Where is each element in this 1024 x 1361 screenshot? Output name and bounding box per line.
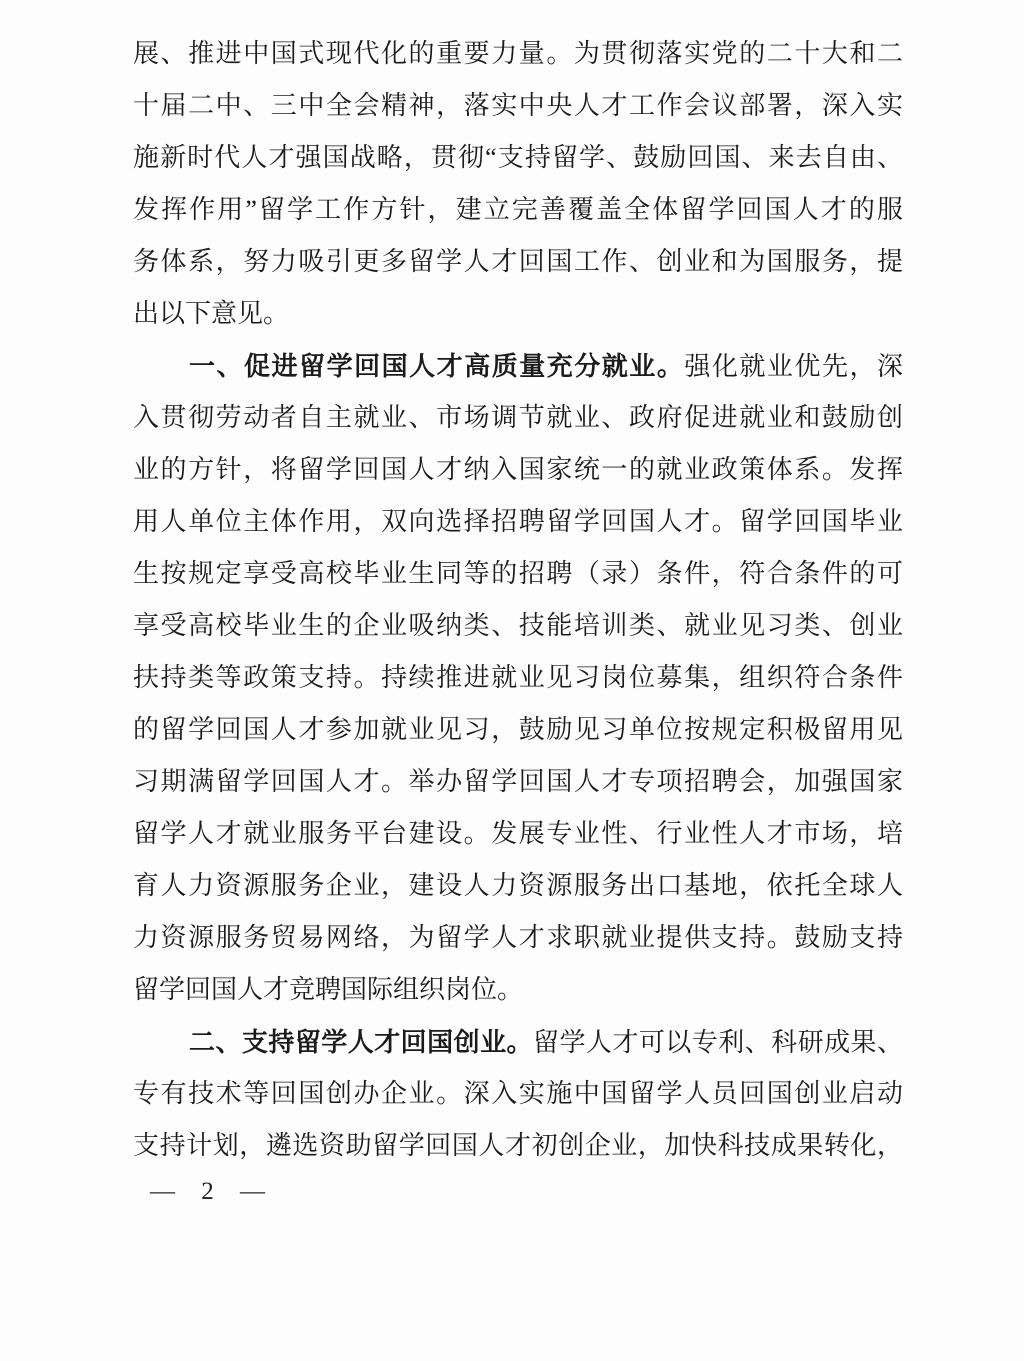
text-line: 入贯彻劳动者自主就业、市场调节就业、政府促进就业和鼓励创	[133, 392, 903, 444]
line-text: 展、推进中国式现代化的重要力量。为贯彻落实党的二十大和二	[133, 39, 903, 68]
line-text: 力资源服务贸易网络，为留学人才求职就业提供支持。鼓励支持	[133, 923, 903, 952]
line-text: 支持计划，遴选资助留学回国人才初创企业，加快科技成果转化，	[133, 1131, 903, 1160]
line-text: 专有技术等回国创办企业。深入实施中国留学人员回国创业启动	[133, 1079, 903, 1108]
line-text: 留学人才就业服务平台建设。发展专业性、行业性人才市场，培	[133, 819, 903, 848]
section-heading: 二、支持留学人才回国创业。	[189, 1027, 533, 1057]
text-line: 专有技术等回国创办企业。深入实施中国留学人员回国创业启动	[133, 1068, 903, 1120]
text-line: 发挥作用”留学工作方针，建立完善覆盖全体留学回国人才的服	[133, 184, 903, 236]
page-footer: — 2 —	[150, 1178, 275, 1206]
line-text: 务体系，努力吸引更多留学人才回国工作、创业和为国服务，提	[133, 247, 903, 276]
text-line: 扶持类等政策支持。持续推进就业见习岗位募集，组织符合条件	[133, 652, 903, 704]
text-line: 展、推进中国式现代化的重要力量。为贯彻落实党的二十大和二	[133, 28, 903, 80]
text-line: 的留学回国人才参加就业见习，鼓励见习单位按规定积极留用见	[133, 704, 903, 756]
text-line: 业的方针，将留学回国人才纳入国家统一的就业政策体系。发挥	[133, 444, 903, 496]
text-line: 支持计划，遴选资助留学回国人才初创企业，加快科技成果转化，	[133, 1120, 903, 1172]
text-line: 务体系，努力吸引更多留学人才回国工作、创业和为国服务，提	[133, 236, 903, 288]
line-text: 享受高校毕业生的企业吸纳类、技能培训类、就业见习类、创业	[133, 611, 903, 640]
text-line: 生按规定享受高校毕业生同等的招聘（录）条件，符合条件的可	[133, 548, 903, 600]
text-line: 留学人才就业服务平台建设。发展专业性、行业性人才市场，培	[133, 808, 903, 860]
line-text: 留学人才可以专利、科研成果、	[533, 1028, 903, 1057]
line-text: 生按规定享受高校毕业生同等的招聘（录）条件，符合条件的可	[133, 559, 903, 588]
text-line: 育人力资源服务企业，建设人力资源服务出口基地，依托全球人	[133, 860, 903, 912]
page-number: — 2 —	[150, 1178, 275, 1205]
text-line: 力资源服务贸易网络，为留学人才求职就业提供支持。鼓励支持	[133, 912, 903, 964]
document-page: 展、推进中国式现代化的重要力量。为贯彻落实党的二十大和二十届二中、三中全会精神，…	[0, 0, 1024, 1361]
text-line: 用人单位主体作用，双向选择招聘留学回国人才。留学回国毕业	[133, 496, 903, 548]
text-line: 施新时代人才强国战略，贯彻“支持留学、鼓励回国、来去自由、	[133, 132, 903, 184]
section-heading: 一、促进留学回国人才高质量充分就业。	[189, 351, 684, 381]
line-text: 业的方针，将留学回国人才纳入国家统一的就业政策体系。发挥	[133, 455, 903, 484]
text-line: 留学回国人才竞聘国际组织岗位。	[133, 964, 903, 1016]
line-text: 用人单位主体作用，双向选择招聘留学回国人才。留学回国毕业	[133, 507, 903, 536]
document-body: 展、推进中国式现代化的重要力量。为贯彻落实党的二十大和二十届二中、三中全会精神，…	[133, 28, 903, 1172]
line-text: 出以下意见。	[133, 299, 289, 328]
line-text: 扶持类等政策支持。持续推进就业见习岗位募集，组织符合条件	[133, 663, 903, 692]
line-text: 育人力资源服务企业，建设人力资源服务出口基地，依托全球人	[133, 871, 903, 900]
section-heading-line: 二、支持留学人才回国创业。留学人才可以专利、科研成果、	[133, 1016, 903, 1068]
line-text: 发挥作用”留学工作方针，建立完善覆盖全体留学回国人才的服	[133, 195, 903, 224]
line-text: 施新时代人才强国战略，贯彻“支持留学、鼓励回国、来去自由、	[133, 143, 903, 172]
line-text: 的留学回国人才参加就业见习，鼓励见习单位按规定积极留用见	[133, 715, 903, 744]
line-text: 入贯彻劳动者自主就业、市场调节就业、政府促进就业和鼓励创	[133, 403, 903, 432]
line-text: 留学回国人才竞聘国际组织岗位。	[133, 975, 523, 1004]
line-text: 习期满留学回国人才。举办留学回国人才专项招聘会，加强国家	[133, 767, 903, 796]
text-line: 十届二中、三中全会精神，落实中央人才工作会议部署，深入实	[133, 80, 903, 132]
text-line: 出以下意见。	[133, 288, 903, 340]
line-text: 强化就业优先，深	[684, 352, 903, 381]
line-text: 十届二中、三中全会精神，落实中央人才工作会议部署，深入实	[133, 91, 903, 120]
text-line: 习期满留学回国人才。举办留学回国人才专项招聘会，加强国家	[133, 756, 903, 808]
section-heading-line: 一、促进留学回国人才高质量充分就业。强化就业优先，深	[133, 340, 903, 392]
text-line: 享受高校毕业生的企业吸纳类、技能培训类、就业见习类、创业	[133, 600, 903, 652]
